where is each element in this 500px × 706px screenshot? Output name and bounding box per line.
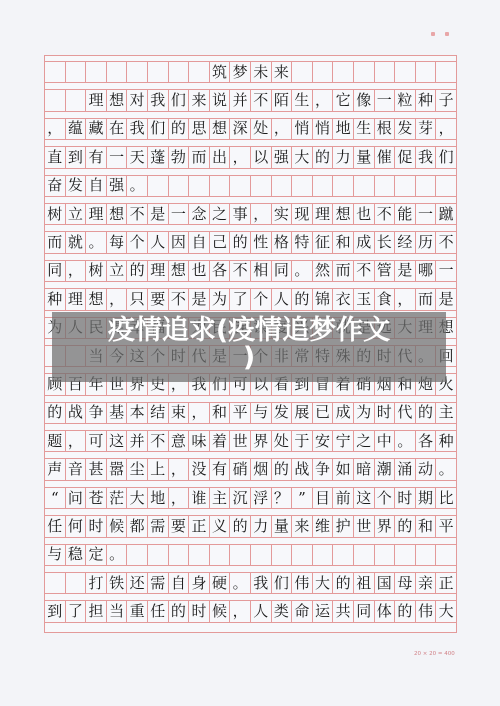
row-cells: 声音甚嚣尘上，没有硝烟的战争如暗潮涌动。 bbox=[45, 459, 456, 480]
grid-cell: 了 bbox=[66, 601, 87, 621]
grid-cell: 征 bbox=[313, 232, 334, 252]
grid-cell: 打 bbox=[86, 573, 107, 593]
grid-cell: 因 bbox=[169, 232, 190, 252]
grid-cell: 伟 bbox=[292, 573, 313, 593]
grid-cell: 与 bbox=[251, 403, 272, 423]
grid-cell: 锦 bbox=[313, 289, 334, 309]
grid-cell: 只 bbox=[127, 289, 148, 309]
row-cells: 而就。每个人因自己的性格特征和成长经历不 bbox=[45, 232, 456, 253]
grid-cell: 也 bbox=[354, 204, 375, 224]
grid-cell: 衣 bbox=[333, 289, 354, 309]
grid-cell: ， bbox=[230, 147, 251, 167]
grid-cell: 悄 bbox=[292, 119, 313, 139]
grid-cell: 地 bbox=[333, 119, 354, 139]
grid-cell: 一 bbox=[107, 147, 128, 167]
grid-cell: 深 bbox=[230, 119, 251, 139]
row-cells: 筑梦未来 bbox=[45, 62, 456, 83]
grid-cell: 这 bbox=[107, 431, 128, 451]
grid-cell: 涌 bbox=[395, 459, 416, 479]
grid-row: 种理想，只要不是为了个人的锦衣玉食，而是 bbox=[45, 283, 456, 311]
grid-cell: 沉 bbox=[230, 488, 251, 508]
grid-cell: 说 bbox=[210, 90, 231, 110]
grid-cell: 的 bbox=[395, 516, 416, 536]
grid-cell: 实 bbox=[272, 204, 293, 224]
grid-cell: 为 bbox=[354, 403, 375, 423]
grid-cell bbox=[210, 545, 231, 565]
grid-cell: ？ bbox=[272, 488, 293, 508]
grid-cell bbox=[169, 545, 190, 565]
grid-cell: 现 bbox=[292, 204, 313, 224]
grid-count-label: 20 × 20 = 400 bbox=[414, 651, 455, 657]
grid-cell: 的 bbox=[127, 261, 148, 281]
grid-cell: 格 bbox=[272, 232, 293, 252]
grid-cell bbox=[375, 62, 396, 82]
grid-cell: 硝 bbox=[230, 459, 251, 479]
grid-cell bbox=[354, 62, 375, 82]
grid-cell: 事 bbox=[230, 204, 251, 224]
grid-cell bbox=[292, 62, 313, 82]
grid-cell bbox=[127, 545, 148, 565]
grid-cell: 之 bbox=[354, 431, 375, 451]
grid-cell: 而 bbox=[416, 289, 437, 309]
grid-cell: 平 bbox=[436, 516, 456, 536]
grid-cell: 来 bbox=[189, 90, 210, 110]
grid-cell: 担 bbox=[86, 601, 107, 621]
grid-cell bbox=[313, 62, 334, 82]
grid-cell: 蕴 bbox=[66, 119, 87, 139]
grid-row: 任何时候都需要正义的力量来维护世界的和平 bbox=[45, 510, 456, 538]
grid-cell: 了 bbox=[230, 289, 251, 309]
grid-cell: 音 bbox=[66, 459, 87, 479]
overlay-title-line-2: ) bbox=[243, 343, 255, 373]
grid-cell: 争 bbox=[313, 459, 334, 479]
grid-cell: 身 bbox=[189, 573, 210, 593]
grid-cell: 处 bbox=[272, 431, 293, 451]
grid-cell: 以 bbox=[251, 147, 272, 167]
grid-cell: 稳 bbox=[66, 545, 87, 565]
grid-cell: 义 bbox=[210, 516, 231, 536]
grid-cell bbox=[169, 176, 190, 196]
grid-cell: 想 bbox=[169, 261, 190, 281]
row-cells: ，蕴藏在我们的思想深处，悄悄地生根发芽， bbox=[45, 119, 456, 140]
grid-cell: 成 bbox=[354, 232, 375, 252]
grid-cell bbox=[354, 176, 375, 196]
grid-cell: 我 bbox=[127, 119, 148, 139]
grid-cell: ， bbox=[251, 204, 272, 224]
grid-cell: 自 bbox=[86, 176, 107, 196]
row-cells: 奋发自强。 bbox=[45, 176, 456, 197]
grid-cell: 要 bbox=[148, 289, 169, 309]
grid-cell: 主 bbox=[436, 403, 456, 423]
grid-cell: 不 bbox=[148, 431, 169, 451]
grid-cell: 悄 bbox=[313, 119, 334, 139]
grid-cell: 大 bbox=[127, 488, 148, 508]
grid-cell: 本 bbox=[127, 403, 148, 423]
grid-row: 直到有一天蓬勃而出，以强大的力量催促我们 bbox=[45, 141, 456, 169]
grid-cell: 理 bbox=[66, 289, 87, 309]
grid-cell: 有 bbox=[86, 147, 107, 167]
grid-cell bbox=[66, 573, 87, 593]
grid-cell: 量 bbox=[354, 147, 375, 167]
grid-cell: 没 bbox=[189, 459, 210, 479]
grid-cell: 理 bbox=[148, 261, 169, 281]
grid-cell bbox=[333, 62, 354, 82]
grid-cell: 思 bbox=[189, 119, 210, 139]
row-cells: “问苍茫大地，谁主沉浮？”目前这个时期比 bbox=[45, 488, 456, 509]
grid-cell: 自 bbox=[189, 232, 210, 252]
grid-cell: 运 bbox=[313, 601, 334, 621]
grid-cell bbox=[395, 62, 416, 82]
grid-cell bbox=[86, 62, 107, 82]
row-cells: 的战争基本结束，和平与发展已成为时代的主 bbox=[45, 403, 456, 424]
grid-cell: 和 bbox=[416, 516, 437, 536]
grid-cell: 时 bbox=[395, 488, 416, 508]
grid-cell bbox=[272, 176, 293, 196]
grid-cell: 这 bbox=[354, 488, 375, 508]
grid-cell: 。 bbox=[230, 573, 251, 593]
grid-cell: 强 bbox=[272, 147, 293, 167]
grid-cell: ， bbox=[395, 289, 416, 309]
grid-cell: 期 bbox=[416, 488, 437, 508]
grid-cell: 嚣 bbox=[107, 459, 128, 479]
grid-cell: 然 bbox=[313, 261, 334, 281]
grid-cell: ， bbox=[45, 119, 66, 139]
grid-cell: 着 bbox=[210, 431, 231, 451]
grid-cell: 任 bbox=[45, 516, 66, 536]
grid-cell: 量 bbox=[272, 516, 293, 536]
grid-cell: 是 bbox=[189, 289, 210, 309]
grid-cell: 一 bbox=[375, 90, 396, 110]
grid-cell: 玉 bbox=[354, 289, 375, 309]
grid-cell: 的 bbox=[416, 403, 437, 423]
grid-cell: 它 bbox=[333, 90, 354, 110]
grid-cell bbox=[395, 176, 416, 196]
grid-cell: 时 bbox=[86, 516, 107, 536]
grid-cell: 力 bbox=[251, 516, 272, 536]
grid-cell: 想 bbox=[333, 204, 354, 224]
grid-cell: 而 bbox=[45, 232, 66, 252]
grid-cell: ， bbox=[230, 601, 251, 621]
grid-cell: 。 bbox=[86, 232, 107, 252]
grid-cell: 宁 bbox=[333, 431, 354, 451]
grid-cell: ， bbox=[436, 119, 456, 139]
grid-cell: 树 bbox=[86, 261, 107, 281]
grid-cell: 一 bbox=[416, 204, 437, 224]
grid-cell: 亲 bbox=[416, 573, 437, 593]
grid-cell bbox=[375, 176, 396, 196]
grid-cell bbox=[66, 62, 87, 82]
grid-cell: 同 bbox=[354, 601, 375, 621]
grid-cell: 根 bbox=[375, 119, 396, 139]
grid-cell: 意 bbox=[169, 431, 190, 451]
grid-row: 到了担当重任的时候，人类命运共同体的伟大 bbox=[45, 595, 456, 623]
grid-row: 题，可这并不意味着世界处于安宁之中。各种 bbox=[45, 425, 456, 453]
grid-cell: 立 bbox=[107, 261, 128, 281]
grid-cell bbox=[45, 573, 66, 593]
grid-cell: 芽 bbox=[416, 119, 437, 139]
grid-cell: 每 bbox=[107, 232, 128, 252]
grid-cell: 时 bbox=[189, 601, 210, 621]
grid-cell: 重 bbox=[127, 601, 148, 621]
grid-cell: 哪 bbox=[416, 261, 437, 281]
grid-cell: 不 bbox=[375, 204, 396, 224]
grid-cell bbox=[313, 545, 334, 565]
grid-cell: 都 bbox=[127, 516, 148, 536]
grid-cell: 经 bbox=[395, 232, 416, 252]
grid-cell: 的 bbox=[272, 459, 293, 479]
grid-cell: 们 bbox=[148, 119, 169, 139]
grid-row: 奋发自强。 bbox=[45, 170, 456, 198]
grid-cell: 需 bbox=[148, 516, 169, 536]
grid-cell: 。 bbox=[436, 459, 456, 479]
grid-cell: 我 bbox=[416, 147, 437, 167]
grid-cell: 甚 bbox=[86, 459, 107, 479]
grid-cell: 己 bbox=[210, 232, 231, 252]
grid-cell: 我 bbox=[251, 573, 272, 593]
grid-cell: ， bbox=[66, 261, 87, 281]
grid-cell: ， bbox=[66, 431, 87, 451]
grid-cell: 前 bbox=[333, 488, 354, 508]
grid-cell: 的 bbox=[230, 232, 251, 252]
grid-cell: 的 bbox=[333, 573, 354, 593]
title-overlay-banner: 疫情追求(疫情追梦作文 ) bbox=[52, 312, 446, 382]
grid-cell: 大 bbox=[292, 147, 313, 167]
grid-cell: 上 bbox=[148, 459, 169, 479]
grid-cell: 大 bbox=[313, 573, 334, 593]
grid-cell bbox=[251, 176, 272, 196]
grid-cell: 大 bbox=[436, 601, 456, 621]
grid-cell bbox=[416, 176, 437, 196]
grid-cell bbox=[210, 176, 231, 196]
grid-cell bbox=[333, 176, 354, 196]
grid-cell: 和 bbox=[333, 232, 354, 252]
grid-cell: ， bbox=[272, 119, 293, 139]
grid-cell: 生 bbox=[354, 119, 375, 139]
grid-cell: 个 bbox=[251, 289, 272, 309]
grid-cell: 勃 bbox=[169, 147, 190, 167]
row-cells: 打铁还需自身硬。我们伟大的祖国母亲正 bbox=[45, 573, 456, 594]
grid-cell: 伟 bbox=[416, 601, 437, 621]
grid-cell: 世 bbox=[354, 516, 375, 536]
grid-cell: “ bbox=[45, 488, 66, 508]
grid-cell bbox=[416, 62, 437, 82]
grid-cell: 安 bbox=[313, 431, 334, 451]
grid-cell: 立 bbox=[66, 204, 87, 224]
grid-cell bbox=[148, 176, 169, 196]
grid-cell: 的 bbox=[395, 601, 416, 621]
grid-cell: 生 bbox=[292, 90, 313, 110]
grid-cell: 历 bbox=[416, 232, 437, 252]
grid-cell: ， bbox=[169, 488, 190, 508]
grid-cell: 人 bbox=[148, 232, 169, 252]
grid-cell: 主 bbox=[210, 488, 231, 508]
grid-row: ，蕴藏在我们的思想深处，悄悄地生根发芽， bbox=[45, 113, 456, 141]
grid-cell: 是 bbox=[148, 204, 169, 224]
grid-cell bbox=[333, 545, 354, 565]
grid-cell: 是 bbox=[436, 289, 456, 309]
grid-cell: 处 bbox=[251, 119, 272, 139]
page-number-marker-icon bbox=[431, 32, 455, 38]
grid-cell: 题 bbox=[45, 431, 66, 451]
grid-cell: 理 bbox=[86, 204, 107, 224]
grid-row: 树立理想不是一念之事，实现理想也不能一蹴 bbox=[45, 198, 456, 226]
grid-cell: 铁 bbox=[107, 573, 128, 593]
grid-cell: 硬 bbox=[210, 573, 231, 593]
grid-cell bbox=[189, 545, 210, 565]
grid-cell: ， bbox=[169, 459, 190, 479]
grid-cell: 。 bbox=[127, 176, 148, 196]
grid-cell: 苍 bbox=[86, 488, 107, 508]
grid-cell: 代 bbox=[395, 403, 416, 423]
grid-cell: 子 bbox=[436, 90, 456, 110]
grid-cell: ， bbox=[313, 90, 334, 110]
grid-cell: ， bbox=[107, 289, 128, 309]
grid-cell: 不 bbox=[230, 261, 251, 281]
grid-cell: 何 bbox=[66, 516, 87, 536]
grid-cell: 并 bbox=[127, 431, 148, 451]
grid-cell: 当 bbox=[107, 601, 128, 621]
grid-cell bbox=[436, 545, 456, 565]
grid-cell: 动 bbox=[416, 459, 437, 479]
row-cells: 理想对我们来说并不陌生，它像一粒种子 bbox=[45, 90, 456, 111]
grid-cell: 想 bbox=[86, 289, 107, 309]
grid-cell bbox=[251, 545, 272, 565]
grid-cell: 平 bbox=[230, 403, 251, 423]
grid-cell: 任 bbox=[148, 601, 169, 621]
grid-cell: 世 bbox=[230, 431, 251, 451]
grid-row: 筑梦未来 bbox=[45, 56, 456, 84]
grid-cell bbox=[107, 62, 128, 82]
grid-cell: 战 bbox=[66, 403, 87, 423]
grid-cell: 的 bbox=[292, 289, 313, 309]
grid-cell: 们 bbox=[272, 573, 293, 593]
grid-cell: 于 bbox=[292, 431, 313, 451]
grid-cell bbox=[189, 176, 210, 196]
grid-cell bbox=[436, 176, 456, 196]
grid-cell: 成 bbox=[333, 403, 354, 423]
row-cells: 同，树立的理想也各不相同。然而不管是哪一 bbox=[45, 261, 456, 282]
grid-cell: 不 bbox=[354, 261, 375, 281]
grid-cell: 想 bbox=[107, 204, 128, 224]
grid-cell: 梦 bbox=[230, 62, 251, 82]
grid-cell: 潮 bbox=[375, 459, 396, 479]
grid-cell: 的 bbox=[313, 147, 334, 167]
grid-cell: 想 bbox=[210, 119, 231, 139]
grid-row: 同，树立的理想也各不相同。然而不管是哪一 bbox=[45, 255, 456, 283]
grid-cell bbox=[45, 62, 66, 82]
grid-cell: 而 bbox=[333, 261, 354, 281]
grid-cell: 理 bbox=[86, 90, 107, 110]
grid-cell: 到 bbox=[45, 601, 66, 621]
grid-cell bbox=[45, 90, 66, 110]
grid-cell: 体 bbox=[375, 601, 396, 621]
grid-row: 声音甚嚣尘上，没有硝烟的战争如暗潮涌动。 bbox=[45, 453, 456, 481]
grid-cell: 声 bbox=[45, 459, 66, 479]
grid-cell: 自 bbox=[169, 573, 190, 593]
grid-cell: 中 bbox=[375, 431, 396, 451]
grid-cell: 国 bbox=[375, 573, 396, 593]
grid-cell: 茫 bbox=[107, 488, 128, 508]
grid-cell bbox=[416, 545, 437, 565]
grid-cell: 是 bbox=[395, 261, 416, 281]
grid-cell: 谁 bbox=[189, 488, 210, 508]
grid-cell: 们 bbox=[436, 147, 456, 167]
grid-cell: 护 bbox=[333, 516, 354, 536]
grid-cell: 一 bbox=[169, 204, 190, 224]
row-cells: 到了担当重任的时候，人类命运共同体的伟大 bbox=[45, 601, 456, 622]
grid-cell: 已 bbox=[313, 403, 334, 423]
grid-cell bbox=[66, 90, 87, 110]
grid-cell: 来 bbox=[292, 516, 313, 536]
grid-cell bbox=[148, 62, 169, 82]
grid-row: 理想对我们来说并不陌生，它像一粒种子 bbox=[45, 84, 456, 112]
grid-cell: 比 bbox=[436, 488, 456, 508]
grid-cell: 与 bbox=[45, 545, 66, 565]
grid-cell: 就 bbox=[66, 232, 87, 252]
grid-cell bbox=[354, 545, 375, 565]
grid-cell bbox=[395, 545, 416, 565]
grid-cell: 各 bbox=[416, 431, 437, 451]
grid-cell: 天 bbox=[127, 147, 148, 167]
grid-cell: 各 bbox=[210, 261, 231, 281]
grid-cell: 同 bbox=[272, 261, 293, 281]
grid-cell: 地 bbox=[148, 488, 169, 508]
grid-cell: 类 bbox=[272, 601, 293, 621]
grid-cell bbox=[148, 545, 169, 565]
grid-cell: 个 bbox=[127, 232, 148, 252]
grid-cell: 不 bbox=[169, 289, 190, 309]
grid-cell: 候 bbox=[107, 516, 128, 536]
grid-cell: 可 bbox=[86, 431, 107, 451]
row-cells: 种理想，只要不是为了个人的锦衣玉食，而是 bbox=[45, 289, 456, 310]
row-cells: 直到有一天蓬勃而出，以强大的力量催促我们 bbox=[45, 147, 456, 168]
grid-cell bbox=[375, 545, 396, 565]
grid-cell: 到 bbox=[66, 147, 87, 167]
grid-cell: 暗 bbox=[354, 459, 375, 479]
grid-cell: 奋 bbox=[45, 176, 66, 196]
row-cells: 题，可这并不意味着世界处于安宁之中。各种 bbox=[45, 431, 456, 452]
grid-cell: 发 bbox=[66, 176, 87, 196]
grid-cell: 人 bbox=[251, 601, 272, 621]
grid-cell: 种 bbox=[436, 431, 456, 451]
grid-cell: 命 bbox=[292, 601, 313, 621]
grid-cell bbox=[292, 176, 313, 196]
grid-cell: 直 bbox=[45, 147, 66, 167]
grid-cell: 催 bbox=[375, 147, 396, 167]
grid-cell: 尘 bbox=[127, 459, 148, 479]
grid-cell: 祖 bbox=[354, 573, 375, 593]
grid-cell: 个 bbox=[375, 488, 396, 508]
grid-cell: 们 bbox=[169, 90, 190, 110]
grid-cell: 结 bbox=[148, 403, 169, 423]
grid-cell bbox=[436, 62, 456, 82]
grid-cell: 还 bbox=[127, 573, 148, 593]
grid-cell: 也 bbox=[189, 261, 210, 281]
grid-cell: ” bbox=[292, 488, 313, 508]
grid-cell: 同 bbox=[45, 261, 66, 281]
grid-cell: 的 bbox=[230, 516, 251, 536]
grid-cell: 种 bbox=[45, 289, 66, 309]
row-cells: 与稳定。 bbox=[45, 545, 456, 566]
grid-cell: 争 bbox=[86, 403, 107, 423]
grid-cell bbox=[127, 62, 148, 82]
grid-cell: 出 bbox=[210, 147, 231, 167]
grid-cell: 战 bbox=[292, 459, 313, 479]
grid-cell: 理 bbox=[313, 204, 334, 224]
grid-cell: 。 bbox=[395, 431, 416, 451]
grid-cell: 力 bbox=[333, 147, 354, 167]
grid-cell: 像 bbox=[354, 90, 375, 110]
